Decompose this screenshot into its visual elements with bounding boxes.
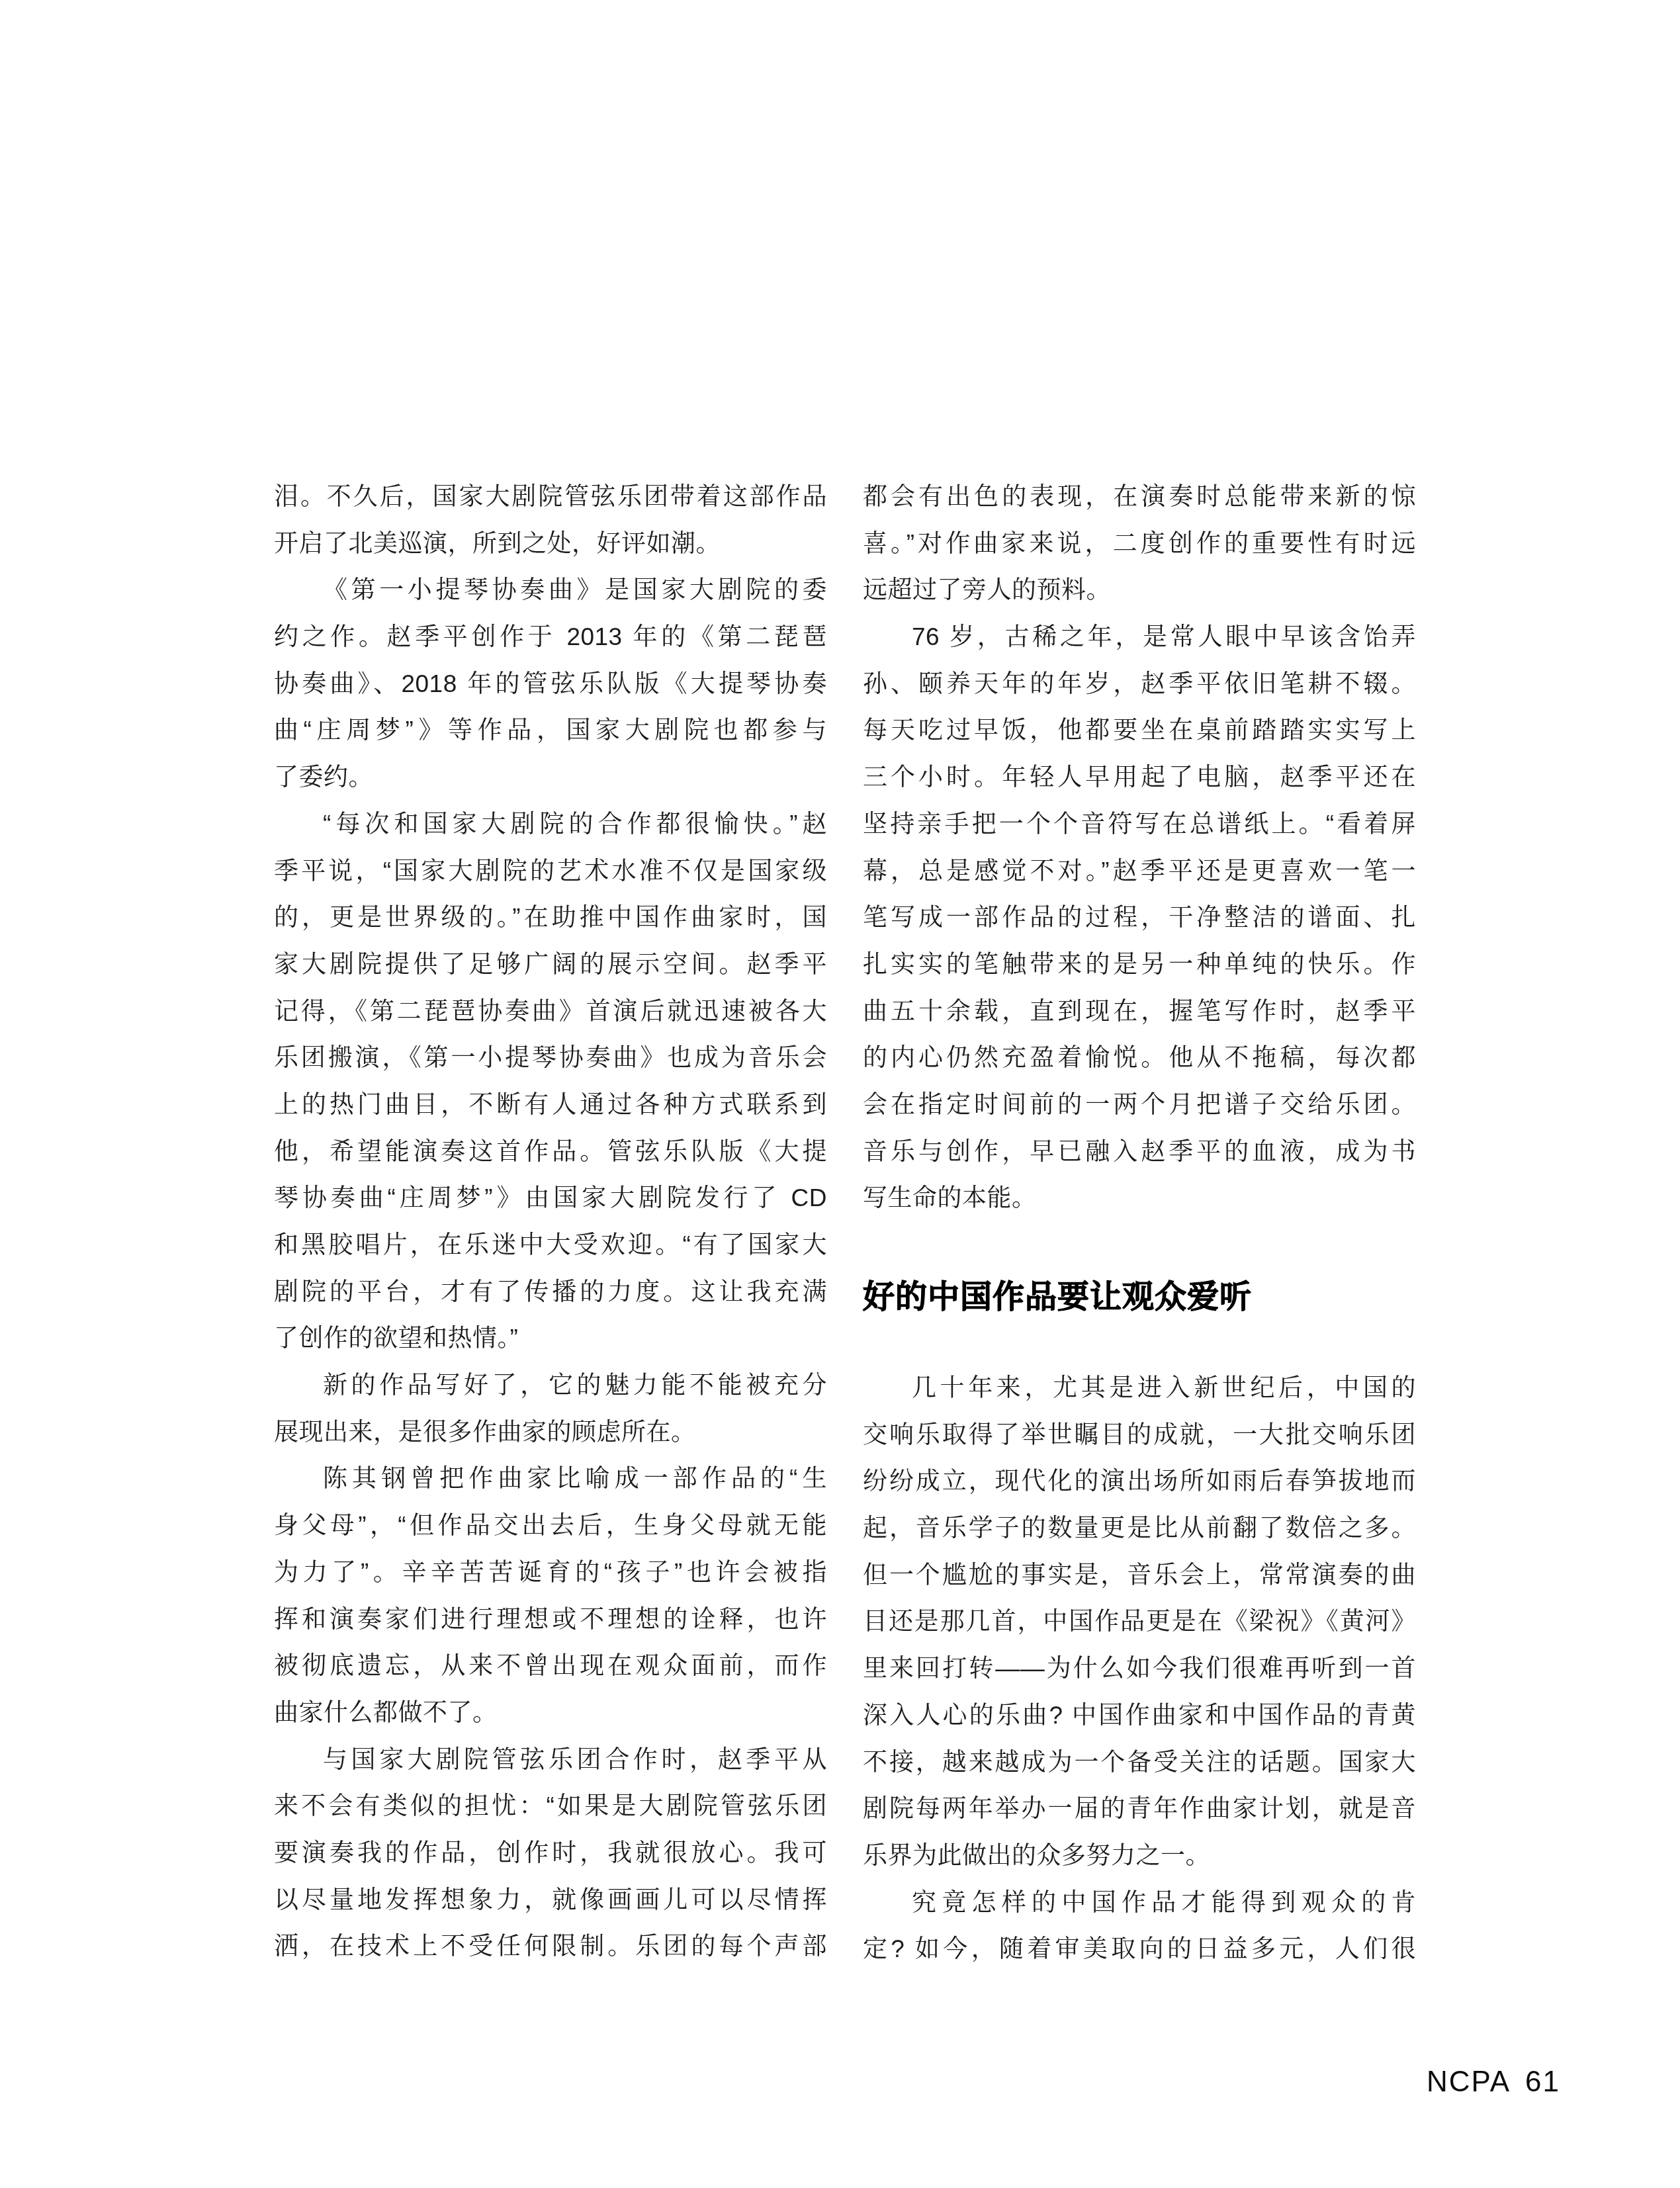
text-line: 的，更是世界级的。”在助推中国作曲家时，国 [274, 895, 827, 941]
text-line: 喜。”对作曲家来说，二度创作的重要性有时远 [863, 521, 1416, 568]
text-line: 三个小时。年轻人早用起了电脑，赵季平还在 [863, 754, 1416, 801]
text-line: 季平说，“国家大剧院的艺术水准不仅是国家级 [274, 848, 827, 895]
text-line: 乐团搬演，《第一小提琴协奏曲》也成为音乐会 [274, 1035, 827, 1082]
text-line: 笔写成一部作品的过程，干净整洁的谱面、扎 [863, 895, 1416, 941]
text-line: 以尽量地发挥想象力，就像画画儿可以尽情挥 [274, 1877, 827, 1924]
text-line: “每次和国家大剧院的合作都很愉快。”赵 [274, 801, 827, 848]
text-line: 挥和演奏家们进行理想或不理想的诠释，也许 [274, 1597, 827, 1643]
text-line: 他，希望能演奏这首作品。管弦乐队版《大提 [274, 1129, 827, 1176]
text-line: 新的作品写好了，它的魅力能不能被充分 [274, 1362, 827, 1409]
text-line: 幕，总是感觉不对。”赵季平还是更喜欢一笔一 [863, 848, 1416, 895]
text-line: 泪。不久后，国家大剧院管弦乐团带着这部作品 [274, 474, 827, 521]
text-line: 剧院的平台，才有了传播的力度。这让我充满 [274, 1269, 827, 1316]
text-line: 身父母”，“但作品交出去后，生身父母就无能 [274, 1503, 827, 1550]
text-line: 不接，越来越成为一个备受关注的话题。国家大 [863, 1739, 1416, 1786]
text-line: 曲五十余载，直到现在，握笔写作时，赵季平 [863, 988, 1416, 1035]
text-line: 了委约。 [274, 754, 827, 801]
text-line: 每天吃过早饭，他都要坐在桌前踏踏实实写上 [863, 707, 1416, 754]
text-line: 曲“庄周梦”》等作品，国家大剧院也都参与 [274, 707, 827, 754]
text-line: 坚持亲手把一个个音符写在总谱纸上。“看着屏 [863, 801, 1416, 848]
text-line: 起，音乐学子的数量更是比从前翻了数倍之多。 [863, 1505, 1416, 1552]
text-line: 的内心仍然充盈着愉悦。他从不拖稿，每次都 [863, 1035, 1416, 1082]
text-line: 乐界为此做出的众多努力之一。 [863, 1833, 1416, 1880]
text-line: 《第一小提琴协奏曲》是国家大剧院的委 [274, 567, 827, 614]
text-line: 琴协奏曲“庄周梦”》由国家大剧院发行了 CD [274, 1175, 827, 1222]
text-line: 但一个尴尬的事实是，音乐会上，常常演奏的曲 [863, 1552, 1416, 1599]
text-line: 和黑胶唱片，在乐迷中大受欢迎。“有了国家大 [274, 1222, 827, 1269]
text-line: 为力了”。辛辛苦苦诞育的“孩子”也许会被指 [274, 1550, 827, 1597]
magazine-page: 泪。不久后，国家大剧院管弦乐团带着这部作品 开启了北美巡演，所到之处，好评如潮。… [0, 0, 1680, 2188]
text-line: 远超过了旁人的预料。 [863, 567, 1416, 614]
text-line: 与国家大剧院管弦乐团合作时，赵季平从 [274, 1737, 827, 1784]
text-line: 扎实实的笔触带来的是另一种单纯的快乐。作 [863, 941, 1416, 988]
text-line: 记得，《第二琵琶协奏曲》首演后就迅速被各大 [274, 988, 827, 1035]
text-line: 协奏曲》、2018 年的管弦乐队版《大提琴协奏 [274, 661, 827, 708]
page-number: 61 [1525, 2066, 1560, 2099]
section-heading: 好的中国作品要让观众爱听 [863, 1222, 1416, 1365]
text-line: 剧院每两年举办一届的青年作曲家计划，就是音 [863, 1786, 1416, 1833]
text-line: 究竟怎样的中国作品才能得到观众的肯 [863, 1880, 1416, 1927]
text-line: 曲家什么都做不了。 [274, 1690, 827, 1737]
article-right-column: 都会有出色的表现，在演奏时总能带来新的惊 喜。”对作曲家来说，二度创作的重要性有… [863, 474, 1416, 1973]
text-line: 开启了北美巡演，所到之处，好评如潮。 [274, 521, 827, 568]
text-line: 交响乐取得了举世瞩目的成就，一大批交响乐团 [863, 1412, 1416, 1459]
text-line: 76 岁，古稀之年，是常人眼中早该含饴弄 [863, 614, 1416, 661]
right-column-top-lines: 都会有出色的表现，在演奏时总能带来新的惊 喜。”对作曲家来说，二度创作的重要性有… [863, 474, 1416, 1222]
text-line: 定? 如今，随着审美取向的日益多元，人们很 [863, 1926, 1416, 1973]
text-line: 都会有出色的表现，在演奏时总能带来新的惊 [863, 474, 1416, 521]
text-line: 家大剧院提供了足够广阔的展示空间。赵季平 [274, 941, 827, 988]
text-line: 来不会有类似的担忧：“如果是大剧院管弦乐团 [274, 1783, 827, 1830]
text-line: 音乐与创作，早已融入赵季平的血液，成为书 [863, 1129, 1416, 1176]
text-line: 深入人心的乐曲? 中国作曲家和中国作品的青黄 [863, 1692, 1416, 1739]
page-footer: NCPA 61 [1427, 2066, 1560, 2099]
text-line: 孙、颐养天年的年岁，赵季平依旧笔耕不辍。 [863, 661, 1416, 708]
text-line: 了创作的欲望和热情。” [274, 1315, 827, 1362]
article-left-column: 泪。不久后，国家大剧院管弦乐团带着这部作品 开启了北美巡演，所到之处，好评如潮。… [274, 474, 827, 1970]
journal-name: NCPA [1427, 2066, 1511, 2099]
text-line: 约之作。赵季平创作于 2013 年的《第二琵琶 [274, 614, 827, 661]
right-column-bottom-lines: 几十年来，尤其是进入新世纪后，中国的 交响乐取得了举世瞩目的成就，一大批交响乐团… [863, 1365, 1416, 1973]
text-line: 要演奏我的作品，创作时，我就很放心。我可 [274, 1830, 827, 1877]
text-line: 里来回打转——为什么如今我们很难再听到一首 [863, 1645, 1416, 1692]
text-line: 上的热门曲目，不断有人通过各种方式联系到 [274, 1082, 827, 1129]
text-line: 会在指定时间前的一两个月把谱子交给乐团。 [863, 1082, 1416, 1129]
text-line: 目还是那几首，中国作品更是在《梁祝》《黄河》 [863, 1598, 1416, 1645]
text-line: 几十年来，尤其是进入新世纪后，中国的 [863, 1365, 1416, 1412]
text-line: 写生命的本能。 [863, 1175, 1416, 1222]
text-line: 展现出来，是很多作曲家的顾虑所在。 [274, 1409, 827, 1456]
text-line: 洒，在技术上不受任何限制。乐团的每个声部 [274, 1923, 827, 1970]
text-line: 陈其钢曾把作曲家比喻成一部作品的“生 [274, 1456, 827, 1503]
text-line: 被彻底遗忘，从来不曾出现在观众面前，而作 [274, 1643, 827, 1690]
text-line: 纷纷成立，现代化的演出场所如雨后春笋拔地而 [863, 1458, 1416, 1505]
